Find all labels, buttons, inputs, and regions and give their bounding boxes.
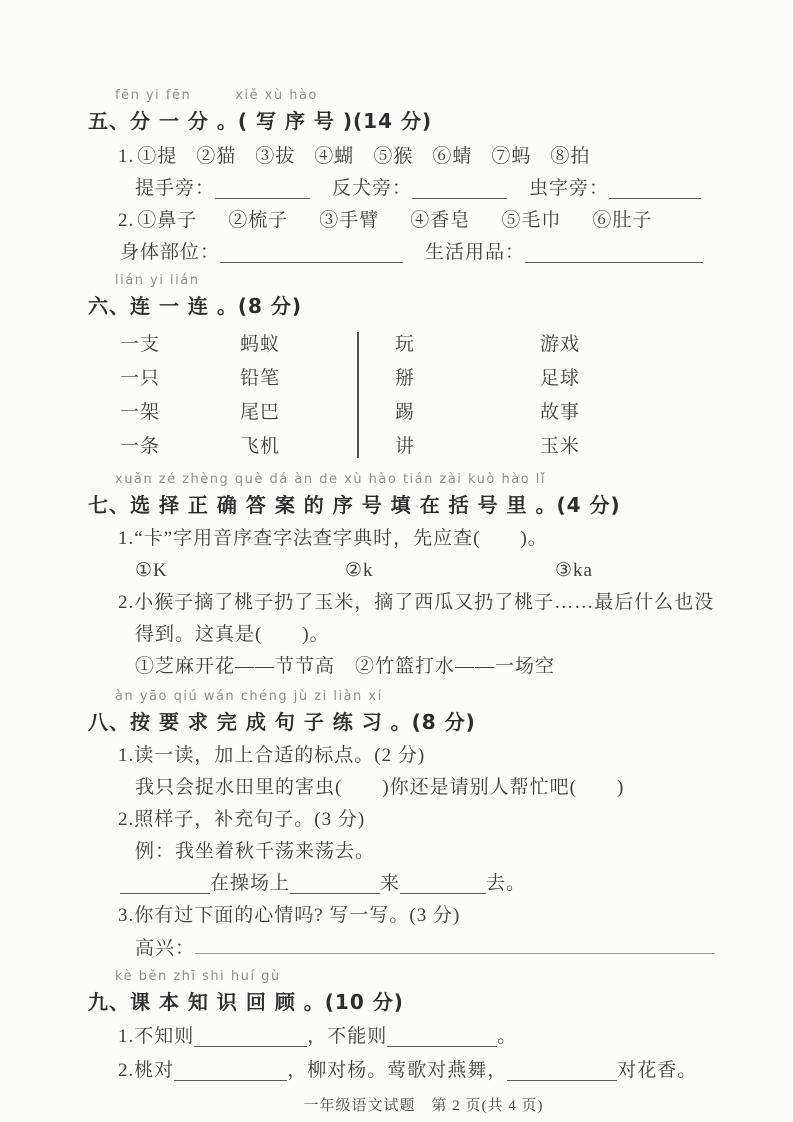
section8-q1-sentence: 我只会捉水田里的害虫( )你还是请别人帮忙吧( ) [88, 772, 715, 804]
list-item: ⑤毛巾 [501, 205, 561, 237]
answer-blank [174, 1059, 287, 1081]
answer-blank [609, 177, 701, 199]
section9-q2: 2.桃对，柳对杨。莺歌对燕舞，对花香。 [88, 1054, 715, 1088]
section5-pinyin: fēn yi fēnxiě xù hào [88, 86, 715, 106]
list-item: ④蝴 [314, 141, 354, 173]
emotion-label: 高兴： [135, 933, 195, 965]
blank-label: 提手旁： [135, 178, 215, 199]
list-item: ⑤猴 [373, 141, 413, 173]
section5-q2-items: 2. ①鼻子 ②梳子 ③手臂 ④香皂 ⑤毛巾 ⑥肚子 [88, 205, 715, 237]
option-item: ①K [135, 555, 345, 587]
section7-title: 七、选 择 正 确 答 案 的 序 号 填 在 括 号 里 。(4 分) [88, 490, 715, 521]
section8-q2-prompt: 2.照样子，补充句子。(3 分) [88, 804, 715, 836]
answer-blank [525, 241, 703, 263]
pinyin-text: fēn yi fēn [115, 88, 191, 103]
answer-blank [507, 1059, 617, 1081]
match-noun: 尾巴 [240, 396, 395, 430]
matching-exercise: 一支 蚂蚁 玩 游戏 一只 铅笔 掰 足球 一架 尾巴 踢 故事 一条 飞机 讲 [88, 328, 715, 464]
section9-q1: 1.不知则，不能则。 [88, 1020, 715, 1054]
question-number: 2. [118, 205, 134, 237]
blank-label: 身体部位： [120, 242, 220, 263]
section7-q1-options: ①K ②k ③ka [88, 555, 715, 587]
section7-q1-text: 1.“卡”字用音序查字法查字典时，先应查( )。 [88, 523, 715, 555]
section7-q2-line1: 2.小猴子摘了桃子扔了玉米，摘了西瓜又扔了桃子……最后什么也没 [88, 587, 715, 619]
match-noun: 铅笔 [240, 362, 395, 396]
section8-q3-prompt: 3.你有过下面的心情吗? 写一写。(3 分) [88, 900, 715, 932]
match-verb: 讲 [395, 430, 540, 464]
section5-q1-blanks: 提手旁： 反犬旁： 虫字旁： [88, 173, 715, 205]
list-item: ③手臂 [319, 205, 379, 237]
answer-blank [194, 1025, 307, 1047]
list-item: ③拔 [255, 141, 295, 173]
exam-page: fēn yi fēnxiě xù hào 五、分 一 分 。( 写 序 号 )(… [0, 0, 793, 1122]
blank-label: 反犬旁： [332, 178, 412, 199]
section6-pinyin: lián yi lián [88, 271, 715, 291]
match-measure-word: 一只 [120, 362, 240, 396]
cloze-text: 对花香。 [617, 1060, 697, 1081]
match-row: 一只 铅笔 掰 足球 [88, 362, 715, 396]
section8-q1-prompt: 1.读一读，加上合适的标点。(2 分) [88, 740, 715, 772]
list-item: ①鼻子 [137, 205, 197, 237]
section-9: kè běn zhī shi huí gù 九、课 本 知 识 回 顾 。(10… [88, 967, 715, 1088]
answer-blank [387, 1025, 497, 1047]
section-5: fēn yi fēnxiě xù hào 五、分 一 分 。( 写 序 号 )(… [88, 86, 715, 269]
list-item: ⑥肚子 [592, 205, 652, 237]
list-item: ④香皂 [410, 205, 470, 237]
match-measure-word: 一支 [120, 328, 240, 362]
section8-q3-answer-line: 高兴： [88, 932, 715, 965]
section8-q2-example: 例：我坐着秋千荡来荡去。 [88, 836, 715, 868]
match-object: 游戏 [540, 328, 715, 362]
section7-q2-options: ①芝麻开花——节节高 ②竹篮打水——一场空 [88, 651, 715, 683]
fill-text: 去。 [486, 873, 526, 894]
list-item: ⑥蜻 [432, 141, 472, 173]
blank-group: 反犬旁： [332, 173, 507, 205]
cloze-text: ，不能则 [307, 1026, 387, 1047]
answer-blank [412, 177, 507, 199]
section-7: xuǎn zé zhèng què dá àn de xù hào tián z… [88, 470, 715, 683]
match-object: 故事 [540, 396, 715, 430]
cloze-text: 2.桃对 [118, 1060, 174, 1081]
match-verb: 玩 [395, 328, 540, 362]
match-verb: 踢 [395, 396, 540, 430]
option-item: ③ka [555, 555, 715, 587]
option-item: ②k [345, 555, 555, 587]
match-measure-word: 一架 [120, 396, 240, 430]
blank-group: 提手旁： [135, 173, 310, 205]
section-8: àn yāo qiú wán chéng jù zi liàn xí 八、按 要… [88, 687, 715, 965]
divider [357, 332, 359, 458]
answer-blank [215, 177, 310, 199]
match-object: 足球 [540, 362, 715, 396]
section9-pinyin: kè běn zhī shi huí gù [88, 967, 715, 987]
pinyin-text: xiě xù hào [235, 88, 318, 103]
list-item: ②猫 [196, 141, 236, 173]
section7-pinyin: xuǎn zé zhèng què dá àn de xù hào tián z… [88, 470, 715, 490]
item-list: ①提 ②猫 ③拔 ④蝴 ⑤猴 ⑥蜻 ⑦蚂 ⑧拍 [137, 141, 590, 173]
blank-group: 身体部位： [120, 237, 403, 269]
section8-pinyin: àn yāo qiú wán chéng jù zi liàn xí [88, 687, 715, 707]
cloze-text: 。 [497, 1026, 517, 1047]
section5-q1-items: 1. ①提 ②猫 ③拔 ④蝴 ⑤猴 ⑥蜻 ⑦蚂 ⑧拍 [88, 141, 715, 173]
answer-blank [290, 872, 380, 894]
match-noun: 蚂蚁 [240, 328, 395, 362]
answer-blank [195, 932, 715, 954]
section5-title: 五、分 一 分 。( 写 序 号 )(14 分) [88, 106, 715, 137]
list-item: ⑦蚂 [491, 141, 531, 173]
section7-q2-line2: 得到。这真是( )。 [88, 619, 715, 651]
cloze-text: ，柳对杨。莺歌对燕舞， [287, 1060, 507, 1081]
match-object: 玉米 [540, 430, 715, 464]
match-measure-word: 一条 [120, 430, 240, 464]
match-noun: 飞机 [240, 430, 395, 464]
blank-group: 生活用品： [425, 237, 703, 269]
cloze-text: 1.不知则 [118, 1026, 194, 1047]
fill-text: 来 [380, 873, 400, 894]
section8-title: 八、按 要 求 完 成 句 子 练 习 。(8 分) [88, 707, 715, 738]
blank-group: 虫字旁： [529, 173, 701, 205]
answer-blank [120, 872, 210, 894]
match-row: 一条 飞机 讲 玉米 [88, 430, 715, 464]
list-item: ①提 [137, 141, 177, 173]
answer-blank [220, 241, 403, 263]
page-footer: 一年级语文试题 第 2 页(共 4 页) [110, 1094, 737, 1115]
section5-q2-blanks: 身体部位： 生活用品： [88, 237, 715, 269]
section-6: lián yi lián 六、连 一 连 。(8 分) 一支 蚂蚁 玩 游戏 一… [88, 271, 715, 464]
match-row: 一架 尾巴 踢 故事 [88, 396, 715, 430]
fill-text: 在操场上 [210, 873, 290, 894]
section9-title: 九、课 本 知 识 回 顾 。(10 分) [88, 987, 715, 1018]
answer-blank [400, 872, 486, 894]
match-row: 一支 蚂蚁 玩 游戏 [88, 328, 715, 362]
section8-q2-fill-line: 在操场上来去。 [88, 868, 715, 900]
list-item: ⑧拍 [550, 141, 590, 173]
blank-label: 生活用品： [425, 242, 525, 263]
section6-title: 六、连 一 连 。(8 分) [88, 291, 715, 322]
list-item: ②梳子 [228, 205, 288, 237]
match-verb: 掰 [395, 362, 540, 396]
item-list: ①鼻子 ②梳子 ③手臂 ④香皂 ⑤毛巾 ⑥肚子 [137, 205, 652, 237]
blank-label: 虫字旁： [529, 178, 609, 199]
question-number: 1. [118, 141, 134, 173]
